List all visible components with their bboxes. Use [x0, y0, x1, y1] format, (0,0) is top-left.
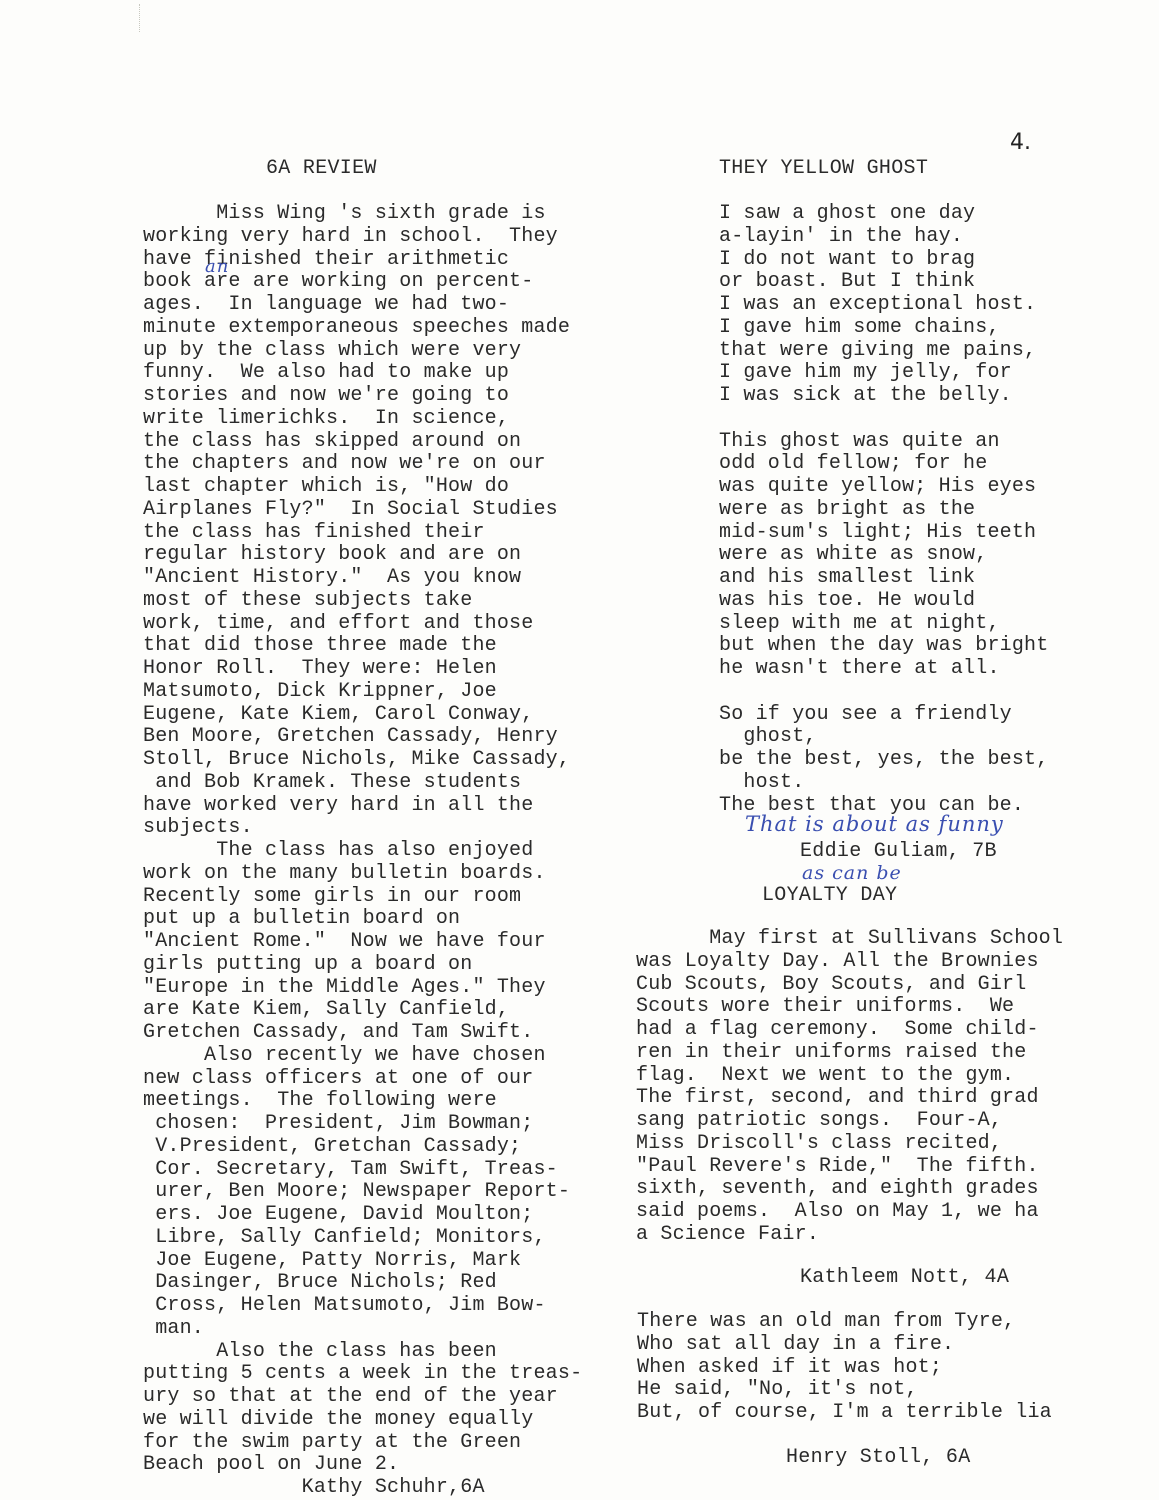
limerick-author: Henry Stoll, 6A: [786, 1446, 971, 1469]
text-line: new class officers at one of our: [143, 1068, 582, 1091]
text-line: was Loyalty Day. All the Brownies: [636, 951, 1063, 974]
text-line: "Ancient Rome." Now we have four: [143, 931, 582, 954]
poem-line: he wasn't there at all.: [719, 658, 1048, 681]
poem-line: odd old fellow; for he: [719, 453, 1048, 476]
text-line: Also the class has been: [143, 1341, 582, 1364]
text-line: ury so that at the end of the year: [143, 1386, 582, 1409]
text-line: for the swim party at the Green: [143, 1432, 582, 1455]
poem-author: Eddie Guliam, 7B: [800, 840, 997, 863]
text-line: had a flag ceremony. Some child-: [636, 1019, 1063, 1042]
text-line: "Paul Revere's Ride," The fifth.: [636, 1156, 1063, 1179]
poem-line: were as bright as the: [719, 499, 1048, 522]
poem-line: was quite yellow; His eyes: [719, 476, 1048, 499]
text-line: Ben Moore, Gretchen Cassady, Henry: [143, 726, 582, 749]
text-line: Eugene, Kate Kiem, Carol Conway,: [143, 704, 582, 727]
text-line: last chapter which is, "How do: [143, 476, 582, 499]
limerick-line: He said, "No, it's not,: [637, 1379, 1052, 1402]
handwritten-note-line2: as can be: [802, 862, 902, 884]
limerick-body: There was an old man from Tyre,Who sat a…: [637, 1311, 1052, 1425]
poem-line: I was sick at the belly.: [719, 385, 1048, 408]
text-line: Miss Driscoll's class recited,: [636, 1133, 1063, 1156]
text-line: Matsumoto, Dick Krippner, Joe: [143, 681, 582, 704]
text-line: Cub Scouts, Boy Scouts, and Girl: [636, 974, 1063, 997]
text-line: a Science Fair.: [636, 1224, 1063, 1247]
text-line: Airplanes Fly?" In Social Studies: [143, 499, 582, 522]
text-line: up by the class which were very: [143, 340, 582, 363]
text-line: man.: [143, 1318, 582, 1341]
text-line: "Ancient History." As you know: [143, 567, 582, 590]
text-line: ages. In language we had two-: [143, 294, 582, 317]
text-line: the class has skipped around on: [143, 431, 582, 454]
text-line: Recently some girls in our room: [143, 886, 582, 909]
text-line: Gretchen Cassady, and Tam Swift.: [143, 1022, 582, 1045]
text-line: minute extemporaneous speeches made: [143, 317, 582, 340]
text-line: and Bob Kramek. These students: [143, 772, 582, 795]
text-line: Scouts wore their uniforms. We: [636, 996, 1063, 1019]
text-line: Cross, Helen Matsumoto, Jim Bow-: [143, 1295, 582, 1318]
text-line: that did those three made the: [143, 635, 582, 658]
text-line: ers. Joe Eugene, David Moulton;: [143, 1204, 582, 1227]
text-line: work, time, and effort and those: [143, 613, 582, 636]
text-line: sixth, seventh, and eighth grades: [636, 1178, 1063, 1201]
handwritten-note-line1: That is about as funny: [745, 812, 1004, 836]
text-line: work on the many bulletin boards.: [143, 863, 582, 886]
poem-line: were as white as snow,: [719, 544, 1048, 567]
poem-line: I gave him some chains,: [719, 317, 1048, 340]
text-line: regular history book and are on: [143, 544, 582, 567]
poem-line: I do not want to brag: [719, 249, 1048, 272]
text-line: said poems. Also on May 1, we ha: [636, 1201, 1063, 1224]
handwritten-correction: an: [205, 256, 229, 277]
text-line: chosen: President, Jim Bowman;: [143, 1113, 582, 1136]
text-line: meetings. The following were: [143, 1090, 582, 1113]
text-line: ren in their uniforms raised the: [636, 1042, 1063, 1065]
poem-line: I gave him my jelly, for: [719, 362, 1048, 385]
text-line: urer, Ben Moore; Newspaper Report-: [143, 1181, 582, 1204]
article-body-loyalty-day: May first at Sullivans Schoolwas Loyalty…: [636, 928, 1063, 1247]
text-line: Cor. Secretary, Tam Swift, Treas-: [143, 1159, 582, 1182]
text-line: Honor Roll. They were: Helen: [143, 658, 582, 681]
article-title-loyalty-day: LOYALTY DAY: [762, 884, 897, 907]
page-number: 4.: [1010, 130, 1031, 155]
text-line: most of these subjects take: [143, 590, 582, 613]
poem-line: or boast. But I think: [719, 271, 1048, 294]
poem-line: [719, 408, 1048, 431]
poem-line: I saw a ghost one day: [719, 203, 1048, 226]
text-line: put up a bulletin board on: [143, 908, 582, 931]
poem-line: and his smallest link: [719, 567, 1048, 590]
article-body-6a-review: Miss Wing 's sixth grade isworking very …: [143, 203, 582, 1500]
margin-mark: [139, 4, 142, 32]
poem-line: host.: [719, 772, 1048, 795]
poem-line: ghost,: [719, 726, 1048, 749]
text-line: Joe Eugene, Patty Norris, Mark: [143, 1250, 582, 1273]
text-line: have worked very hard in all the: [143, 795, 582, 818]
text-line: Dasinger, Bruce Nichols; Red: [143, 1272, 582, 1295]
poem-title: THEY YELLOW GHOST: [719, 157, 928, 180]
text-line: girls putting up a board on: [143, 954, 582, 977]
text-line: subjects.: [143, 817, 582, 840]
text-line: Miss Wing 's sixth grade is: [143, 203, 582, 226]
text-line: sang patriotic songs. Four-A,: [636, 1110, 1063, 1133]
text-line: Stoll, Bruce Nichols, Mike Cassady,: [143, 749, 582, 772]
text-line: putting 5 cents a week in the treas-: [143, 1363, 582, 1386]
text-line: Libre, Sally Canfield; Monitors,: [143, 1227, 582, 1250]
text-line: the chapters and now we're on our: [143, 453, 582, 476]
poem-line: I was an exceptional host.: [719, 294, 1048, 317]
poem-line: was his toe. He would: [719, 590, 1048, 613]
text-line: The first, second, and third grad: [636, 1087, 1063, 1110]
text-line: funny. We also had to make up: [143, 362, 582, 385]
poem-line: but when the day was bright: [719, 635, 1048, 658]
poem-line: So if you see a friendly: [719, 704, 1048, 727]
article-title-6a-review: 6A REVIEW: [266, 157, 377, 180]
text-line: V.President, Gretchan Cassady;: [143, 1136, 582, 1159]
limerick-line: But, of course, I'm a terrible lia: [637, 1402, 1052, 1425]
text-line: Also recently we have chosen: [143, 1045, 582, 1068]
text-line: we will divide the money equally: [143, 1409, 582, 1432]
loyalty-day-author: Kathleem Nott, 4A: [800, 1266, 1009, 1289]
limerick-line: Who sat all day in a fire.: [637, 1334, 1052, 1357]
text-line: "Europe in the Middle Ages." They: [143, 977, 582, 1000]
text-line: stories and now we're going to: [143, 385, 582, 408]
poem-line: mid-sum's light; His teeth: [719, 522, 1048, 545]
poem-line: [719, 681, 1048, 704]
poem-line: that were giving me pains,: [719, 340, 1048, 363]
text-line: are Kate Kiem, Sally Canfield,: [143, 999, 582, 1022]
poem-line: be the best, yes, the best,: [719, 749, 1048, 772]
limerick-line: There was an old man from Tyre,: [637, 1311, 1052, 1334]
text-line: write limerichks. In science,: [143, 408, 582, 431]
text-line: flag. Next we went to the gym.: [636, 1065, 1063, 1088]
poem-line: sleep with me at night,: [719, 613, 1048, 636]
text-line: May first at Sullivans School: [636, 928, 1063, 951]
text-line: Beach pool on June 2.: [143, 1454, 582, 1477]
poem-line: This ghost was quite an: [719, 431, 1048, 454]
poem-body: I saw a ghost one daya-layin' in the hay…: [719, 203, 1048, 817]
limerick-line: When asked if it was hot;: [637, 1357, 1052, 1380]
newsletter-page: 4. 6A REVIEW Miss Wing 's sixth grade is…: [0, 0, 1159, 1500]
text-line: working very hard in school. They: [143, 226, 582, 249]
text-line: The class has also enjoyed: [143, 840, 582, 863]
text-line: the class has finished their: [143, 522, 582, 545]
text-line: Kathy Schuhr,6A: [143, 1477, 582, 1500]
poem-line: a-layin' in the hay.: [719, 226, 1048, 249]
